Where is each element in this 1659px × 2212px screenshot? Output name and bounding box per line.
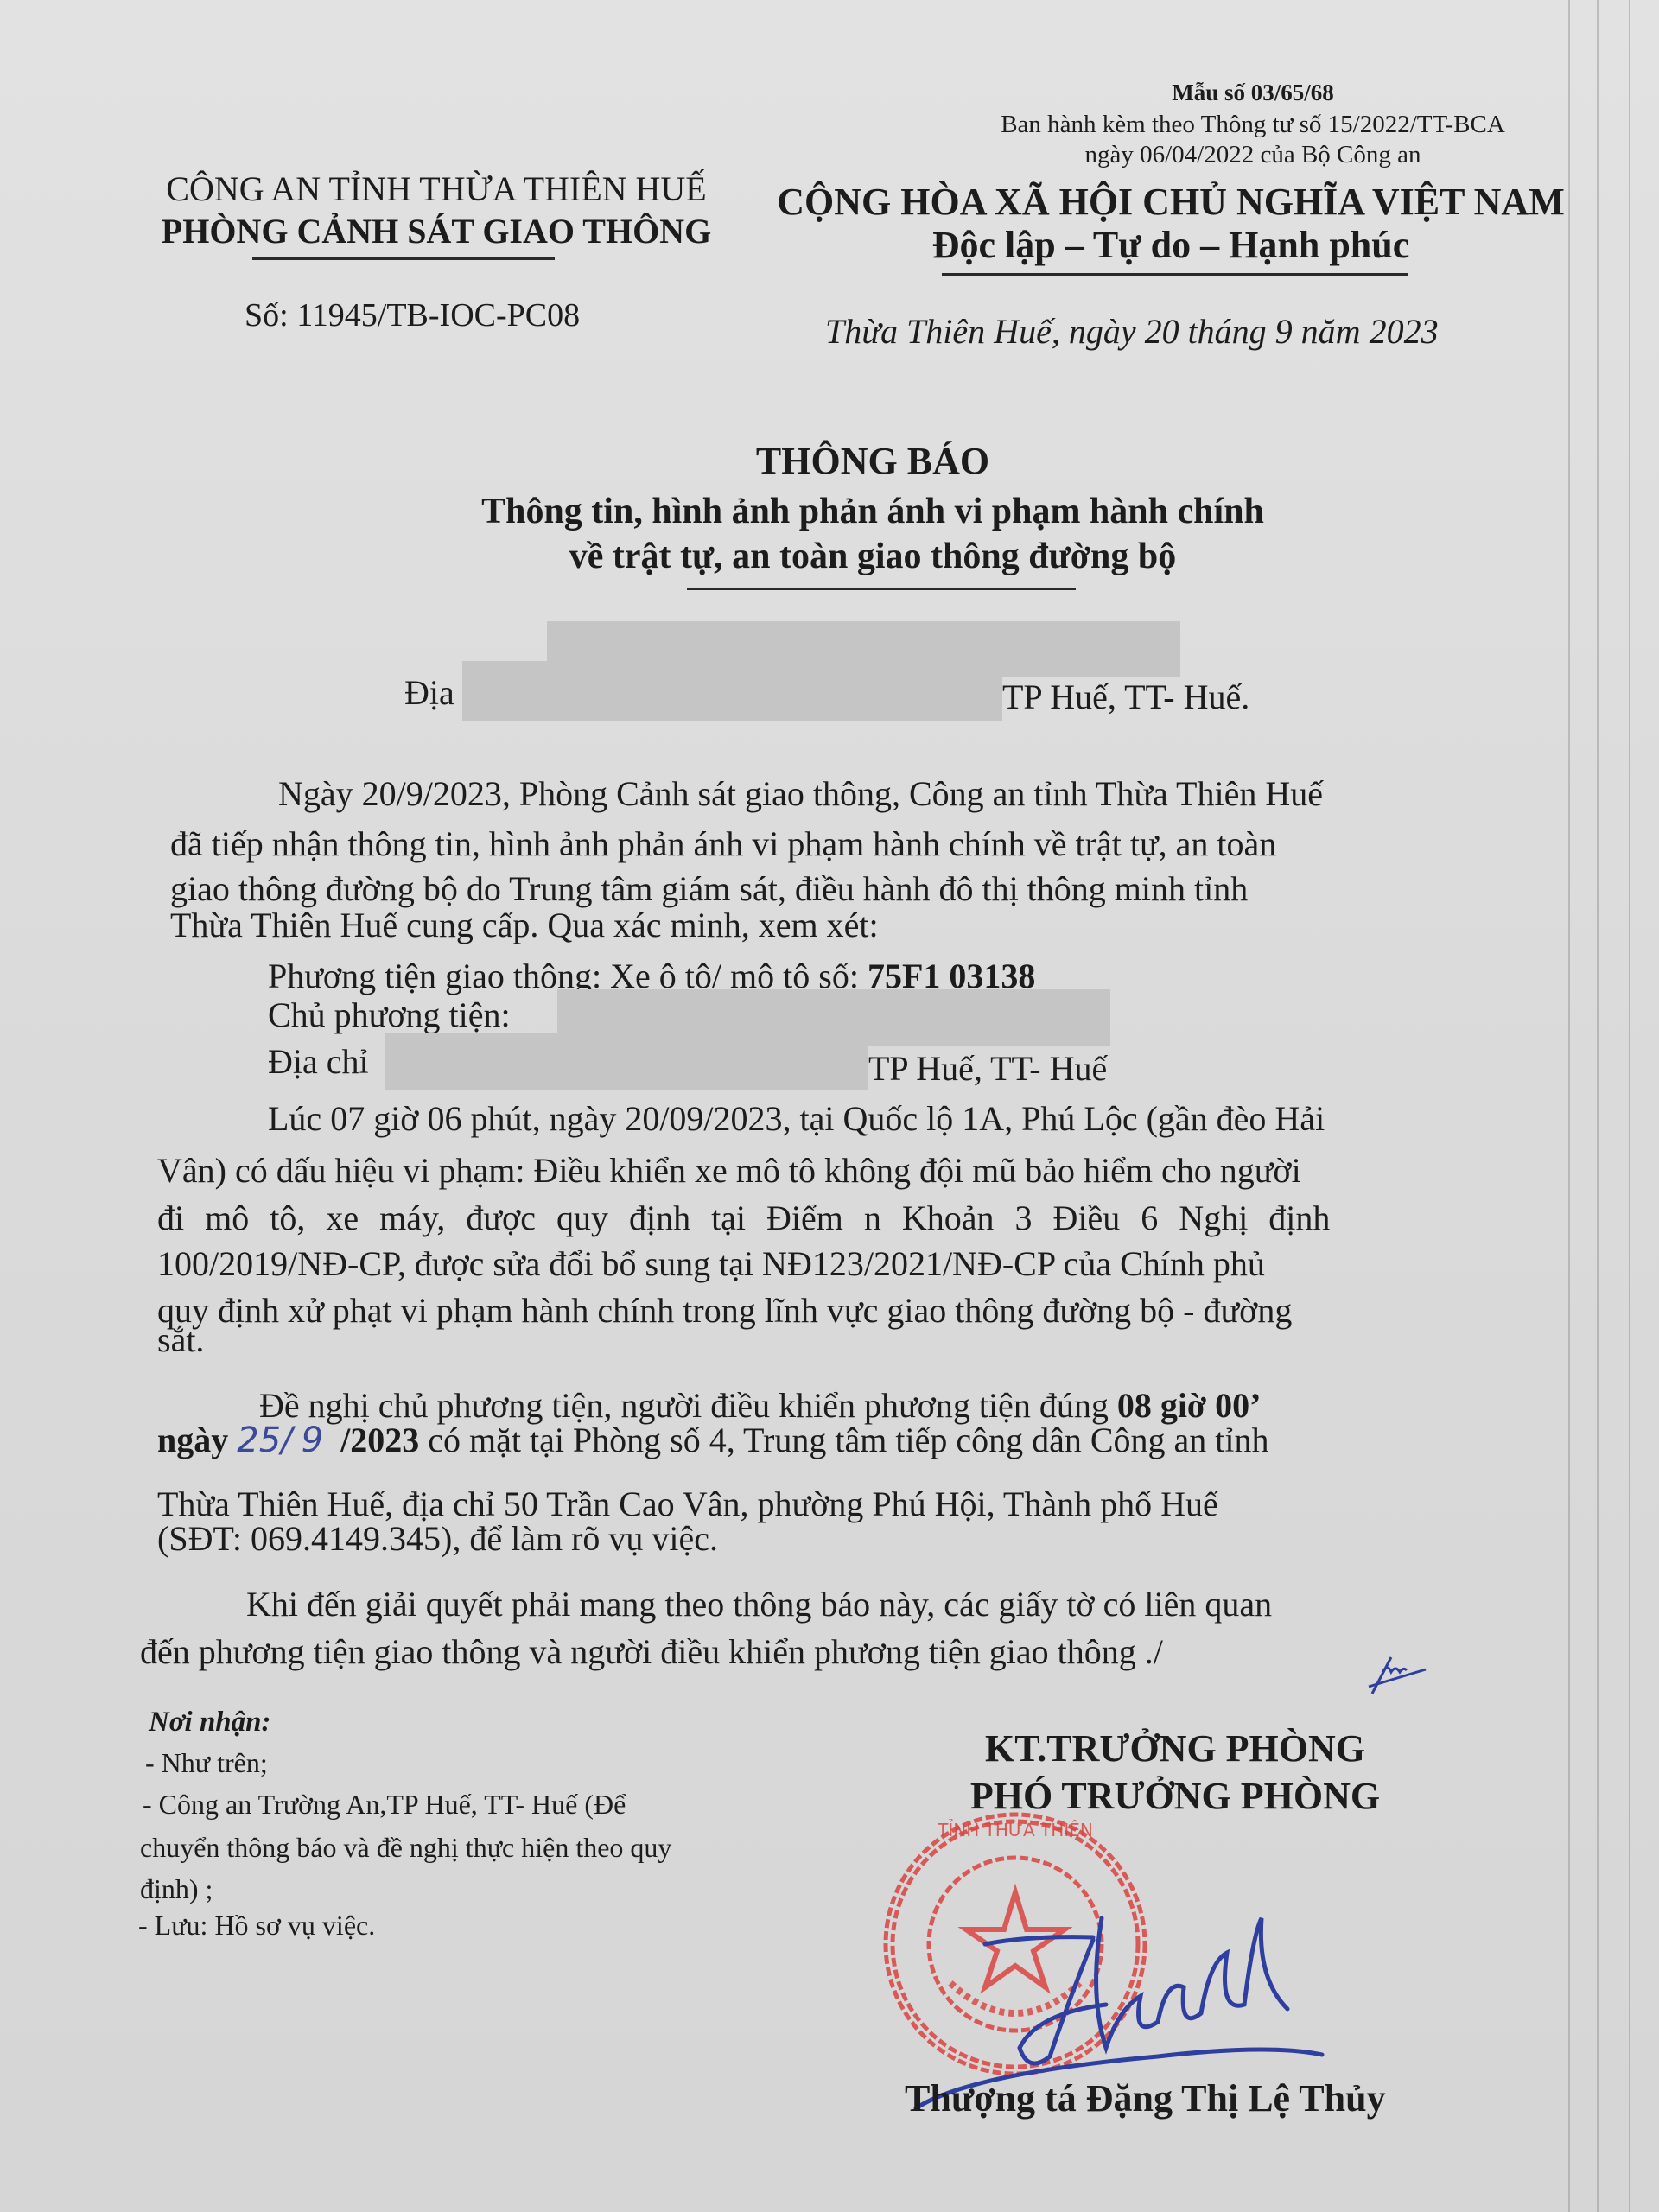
place-date: Thừa Thiên Huế, ngày 20 tháng 9 năm 2023 bbox=[825, 311, 1439, 352]
initial-mark-icon bbox=[1365, 1650, 1452, 1702]
para4-line1: Khi đến giải quyết phải mang theo thông … bbox=[246, 1581, 1272, 1627]
department-underline bbox=[252, 257, 555, 260]
page-edge bbox=[1629, 0, 1630, 2212]
handwritten-slash: / bbox=[281, 1421, 292, 1460]
appointment-ngay-label: ngày bbox=[157, 1421, 228, 1459]
recipient-item: - Lưu: Hồ sơ vụ việc. bbox=[138, 1910, 375, 1942]
department-label: PHÒNG CẢNH SÁT GIAO THÔNG bbox=[162, 212, 711, 251]
para4-line2: đến phương tiện giao thông và người điều… bbox=[140, 1629, 1163, 1675]
form-number: Mẫu số 03/65/68 bbox=[1080, 79, 1426, 106]
redacted-owner-address bbox=[385, 1033, 868, 1090]
para2-line5: quy định xử phạt vi phạm hành chính tron… bbox=[157, 1287, 1292, 1333]
agency-name: CÔNG AN TỈNH THỪA THIÊN HUẾ bbox=[130, 168, 743, 209]
recipient-item: - Như trên; bbox=[145, 1747, 268, 1779]
para2-line3: đi mô tô, xe máy, được quy định tại Điểm… bbox=[157, 1195, 1330, 1241]
para2-line1: Lúc 07 giờ 06 phút, ngày 20/09/2023, tại… bbox=[268, 1096, 1325, 1141]
nation-motto: Độc lập – Tự do – Hạnh phúc bbox=[868, 223, 1473, 267]
page-edge bbox=[1597, 0, 1599, 2212]
para1-line4: Thừa Thiên Huế cung cấp. Qua xác minh, x… bbox=[170, 902, 879, 948]
nation-title: CỘNG HÒA XÃ HỘI CHỦ NGHĨA VIỆT NAM bbox=[760, 180, 1581, 224]
signer-name: Thượng tá Đặng Thị Lệ Thủy bbox=[905, 2076, 1386, 2120]
owner-address-suffix: TP Huế, TT- Huế bbox=[868, 1046, 1107, 1091]
para3-line2: ngày 25/ 9 /2023 có mặt tại Phòng số 4, … bbox=[157, 1417, 1269, 1464]
para1-line2: đã tiếp nhận thông tin, hình ảnh phản án… bbox=[170, 821, 1276, 867]
form-issued-with: Ban hành kèm theo Thông tư số 15/2022/TT… bbox=[950, 111, 1555, 139]
form-issued-date: ngày 06/04/2022 của Bộ Công an bbox=[994, 141, 1512, 169]
recipient-item-cont: định) ; bbox=[140, 1873, 213, 1905]
handwritten-signature-icon bbox=[899, 1858, 1434, 2082]
redacted-recipient-address bbox=[462, 661, 1002, 721]
handwritten-day: 25 bbox=[237, 1421, 281, 1460]
department-name: PHÒNG CẢNH SÁT GIAO THÔNG bbox=[130, 211, 743, 251]
notice-subtitle-2: về trật tự, an toàn giao thông đường bộ bbox=[311, 536, 1434, 577]
notice-title: THÔNG BÁO bbox=[484, 439, 1262, 483]
para1-line1: Ngày 20/9/2023, Phòng Cảnh sát giao thôn… bbox=[278, 771, 1323, 817]
notice-subtitle-1: Thông tin, hình ảnh phản ánh vi phạm hàn… bbox=[311, 491, 1434, 532]
motto-underline bbox=[942, 273, 1408, 276]
para2-line4: 100/2019/NĐ-CP, được sửa đổi bổ sung tại… bbox=[157, 1241, 1265, 1287]
recipient-item-cont: chuyển thông báo và đề nghị thực hiện th… bbox=[140, 1832, 671, 1864]
signer-title-2: PHÓ TRƯỞNG PHÒNG bbox=[907, 1774, 1443, 1818]
para3-line4: (SĐT: 069.4149.345), để làm rõ vụ việc. bbox=[157, 1516, 718, 1561]
recipient-item: - Công an Trường An,TP Huế, TT- Huế (Để bbox=[143, 1789, 626, 1821]
svg-text:TỈNH THỪA THIÊN: TỈNH THỪA THIÊN bbox=[937, 1819, 1093, 1840]
title-underline bbox=[687, 588, 1076, 590]
para2-line6: sắt. bbox=[157, 1317, 204, 1363]
appointment-year: /2023 bbox=[340, 1421, 419, 1459]
recipients-title: Nơi nhận: bbox=[149, 1707, 271, 1738]
owner-address-label: Địa chỉ bbox=[268, 1039, 369, 1084]
para2-line2: Vân) có dấu hiệu vi phạm: Điều khiển xe … bbox=[157, 1147, 1301, 1193]
page-edge bbox=[1568, 0, 1570, 2212]
document-number: Số: 11945/TB-IOC-PC08 bbox=[245, 296, 580, 334]
handwritten-month: 9 bbox=[302, 1421, 323, 1460]
recipient-address-suffix: TP Huế, TT- Huế. bbox=[1002, 674, 1249, 720]
owner-label: Chủ phương tiện: bbox=[268, 992, 511, 1038]
signer-title-1: KT.TRƯỞNG PHÒNG bbox=[907, 1726, 1443, 1770]
para3-line2-rest: có mặt tại Phòng số 4, Trung tâm tiếp cô… bbox=[419, 1421, 1268, 1459]
